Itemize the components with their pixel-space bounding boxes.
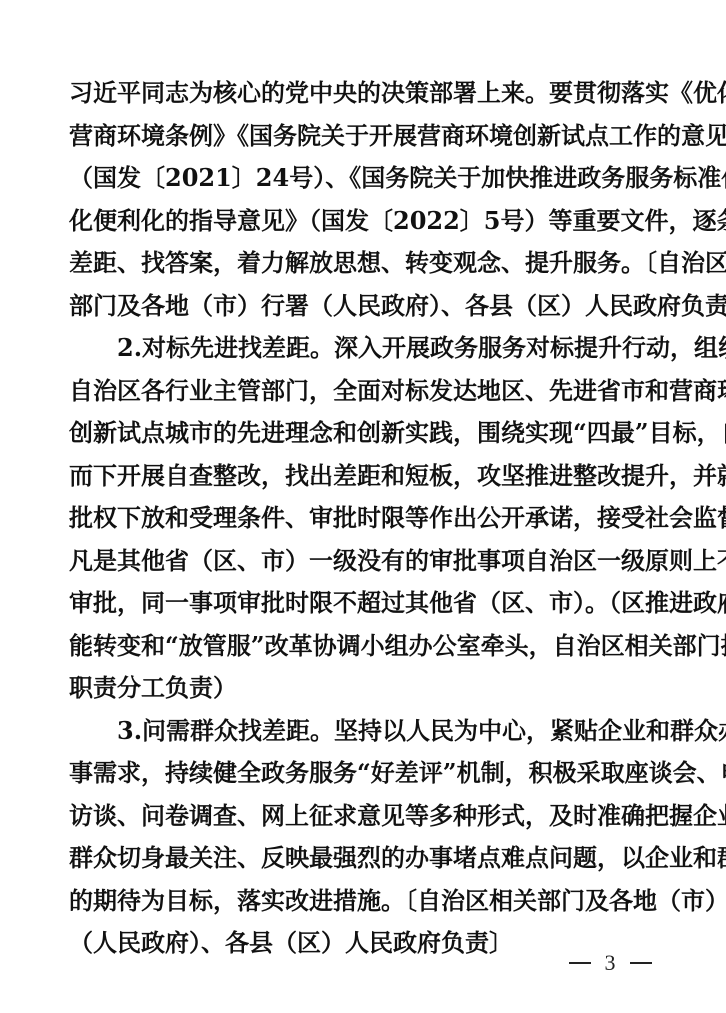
paragraph-public-needs: 3.问需群众找差距。坚持以人民为中心，紧贴企业和群众办 事需求，持续健全政务服务… [69, 710, 659, 965]
text-line: 部门及各地（市）行署（人民政府）、各县（区）人民政府负责〕 [69, 285, 659, 328]
text-line: 访谈、问卷调查、网上征求意见等多种形式，及时准确把握企业和 [69, 795, 659, 838]
dash-left [569, 962, 591, 964]
text-line: 批权下放和受理条件、审批时限等作出公开承诺，接受社会监督。 [69, 497, 659, 540]
text-line: 的期待为目标，落实改进措施。〔自治区相关部门及各地（市）行署 [69, 880, 659, 923]
text-line: 凡是其他省（区、市）一级没有的审批事项自治区一级原则上不再 [69, 540, 659, 583]
document-page: 习近平同志为核心的党中央的决策部署上来。要贯彻落实《优化 营商环境条例》《国务院… [0, 0, 726, 1013]
text-line: 自治区各行业主管部门，全面对标发达地区、先进省市和营商环境 [69, 370, 659, 413]
paragraph-continuation: 习近平同志为核心的党中央的决策部署上来。要贯彻落实《优化 营商环境条例》《国务院… [69, 72, 659, 327]
page-footer: 3 [560, 948, 660, 978]
text-line: 营商环境条例》《国务院关于开展营商环境创新试点工作的意见》 [69, 115, 659, 158]
text-line: 职责分工负责） [69, 667, 659, 710]
text-line: 群众切身最关注、反映最强烈的办事堵点难点问题，以企业和群众 [69, 837, 659, 880]
text-line: 化便利化的指导意见》（国发〔2022〕5号）等重要文件，逐条对照找 [69, 200, 659, 243]
text-line: 事需求，持续健全政务服务“好差评”机制，积极采取座谈会、电话 [69, 752, 659, 795]
text-line-heading: 2.对标先进找差距。深入开展政务服务对标提升行动，组织 [69, 327, 659, 370]
text-line: 创新试点城市的先进理念和创新实践，围绕实现“四最”目标，自上 [69, 412, 659, 455]
text-line: 审批，同一事项审批时限不超过其他省（区、市）。（区推进政府职 [69, 582, 659, 625]
page-number: 3 [605, 950, 616, 976]
paragraph-benchmark-advanced: 2.对标先进找差距。深入开展政务服务对标提升行动，组织 自治区各行业主管部门，全… [69, 327, 659, 710]
document-body: 习近平同志为核心的党中央的决策部署上来。要贯彻落实《优化 营商环境条例》《国务院… [69, 72, 659, 965]
text-line: 差距、找答案，着力解放思想、转变观念、提升服务。〔自治区相关 [69, 242, 659, 285]
text-line: 习近平同志为核心的党中央的决策部署上来。要贯彻落实《优化 [69, 72, 659, 115]
text-line: 而下开展自查整改，找出差距和短板，攻坚推进整改提升，并就审 [69, 455, 659, 498]
text-line: （国发〔2021〕24号）、《国务院关于加快推进政务服务标准化规范 [69, 157, 659, 200]
dash-right [630, 962, 652, 964]
text-line: 能转变和“放管服”改革协调小组办公室牵头，自治区相关部门按 [69, 625, 659, 668]
text-line-heading: 3.问需群众找差距。坚持以人民为中心，紧贴企业和群众办 [69, 710, 659, 753]
